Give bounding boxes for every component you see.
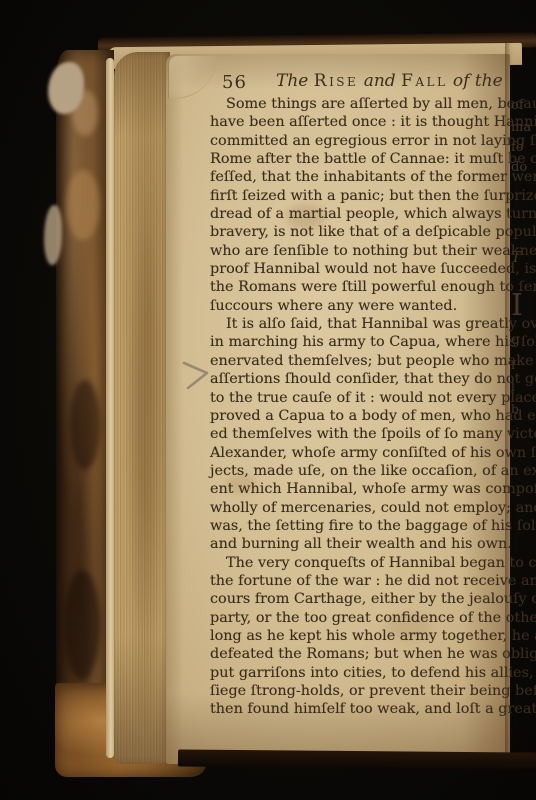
text-line: then found himſelf too weak, and loſt a … bbox=[210, 700, 510, 718]
text-line: put garriſons into cities, to defend his… bbox=[210, 664, 510, 682]
text-line: to the true cauſe of it : would not ever… bbox=[210, 389, 510, 407]
text-line: the Romans were ſtill powerful enough to… bbox=[210, 278, 510, 296]
text-line: the fortune of the war : he did not rece… bbox=[210, 572, 510, 590]
text-line: proof Hannibal would not have ſucceeded,… bbox=[210, 260, 510, 278]
inner-page-edge bbox=[106, 58, 114, 758]
text-line: ſiege ſtrong-holds, or prevent their bei… bbox=[210, 682, 510, 700]
text-line: long as he kept his whole army together,… bbox=[210, 627, 510, 645]
book-bottom-cover-edge bbox=[178, 749, 536, 769]
text-line: ſuccours where any were wanted. bbox=[210, 297, 510, 315]
title-word-fall: Fall bbox=[401, 71, 447, 91]
text-line: who are ſenſible to nothing but their we… bbox=[210, 242, 510, 260]
text-line: ent which Hannibal, whoſe army was compo… bbox=[210, 480, 510, 498]
paragraph: It is alſo ſaid, that Hannibal was great… bbox=[210, 315, 510, 553]
text-line: It is alſo ſaid, that Hannibal was great… bbox=[210, 315, 510, 333]
text-line: Some things are aſſerted by all men, bec… bbox=[210, 95, 510, 113]
page-number: 56 bbox=[222, 72, 247, 93]
pencil-margin-mark bbox=[181, 360, 211, 392]
leather-dark-patch bbox=[70, 380, 100, 470]
text-line: was, the ſetting fire to the baggage of … bbox=[210, 517, 510, 535]
title-word-of-the: of the bbox=[447, 71, 502, 91]
text-block: Some things are aſſerted by all men, bec… bbox=[210, 95, 510, 719]
title-word-rise: Rise bbox=[314, 71, 359, 91]
text-line: in marching his army to Capua, where his… bbox=[210, 333, 510, 351]
text-line: feſſed, that the inhabitants of the form… bbox=[210, 168, 510, 186]
leather-dark-patch bbox=[64, 570, 100, 680]
text-line: The very conqueſts of Hannibal began to … bbox=[210, 554, 510, 572]
text-line: wholly of mercenaries, could not employ;… bbox=[210, 499, 510, 517]
paragraph: The very conqueſts of Hannibal began to … bbox=[210, 554, 510, 719]
running-title: The Rise and Fall of the bbox=[276, 71, 506, 91]
text-line: Alexander, whoſe army conſiſted of his o… bbox=[210, 444, 510, 462]
title-word-and: and bbox=[358, 71, 401, 91]
leather-wear-patch bbox=[66, 170, 100, 240]
text-line: have been aſſerted once : it is thought … bbox=[210, 113, 510, 131]
text-line: cours from Carthage, either by the jealo… bbox=[210, 590, 510, 608]
page-corner-curl bbox=[168, 56, 217, 99]
paragraph: Some things are aſſerted by all men, bec… bbox=[210, 95, 510, 315]
text-line: aſſertions ſhould conſider, that they do… bbox=[210, 370, 510, 388]
photo-of-open-book: ofmafodoTIgflb 56 The Rise and Fall of t… bbox=[0, 0, 536, 800]
text-line: proved a Capua to a body of men, who had… bbox=[210, 407, 510, 425]
text-line: enervated themſelves; but people who mak… bbox=[210, 352, 510, 370]
page-stack-fore-edge bbox=[114, 52, 170, 764]
text-line: dread of a martial people, which always … bbox=[210, 205, 510, 223]
text-line: party, or the too great confidence of th… bbox=[210, 609, 510, 627]
text-line: bravery, is not like that of a deſpicabl… bbox=[210, 223, 510, 241]
title-word-the: The bbox=[276, 71, 314, 91]
text-line: ed themſelves with the ſpoils of ſo many… bbox=[210, 425, 510, 443]
text-line: Rome after the battle of Cannae: it muſt… bbox=[210, 150, 510, 168]
text-line: jects, made uſe, on the like occaſion, o… bbox=[210, 462, 510, 480]
text-line: firſt ſeized with a panic; but then the … bbox=[210, 187, 510, 205]
text-line: committed an egregious error in not layi… bbox=[210, 132, 510, 150]
text-line: and burning all their wealth and his own… bbox=[210, 535, 510, 553]
text-line: defeated the Romans; but when he was obl… bbox=[210, 645, 510, 663]
